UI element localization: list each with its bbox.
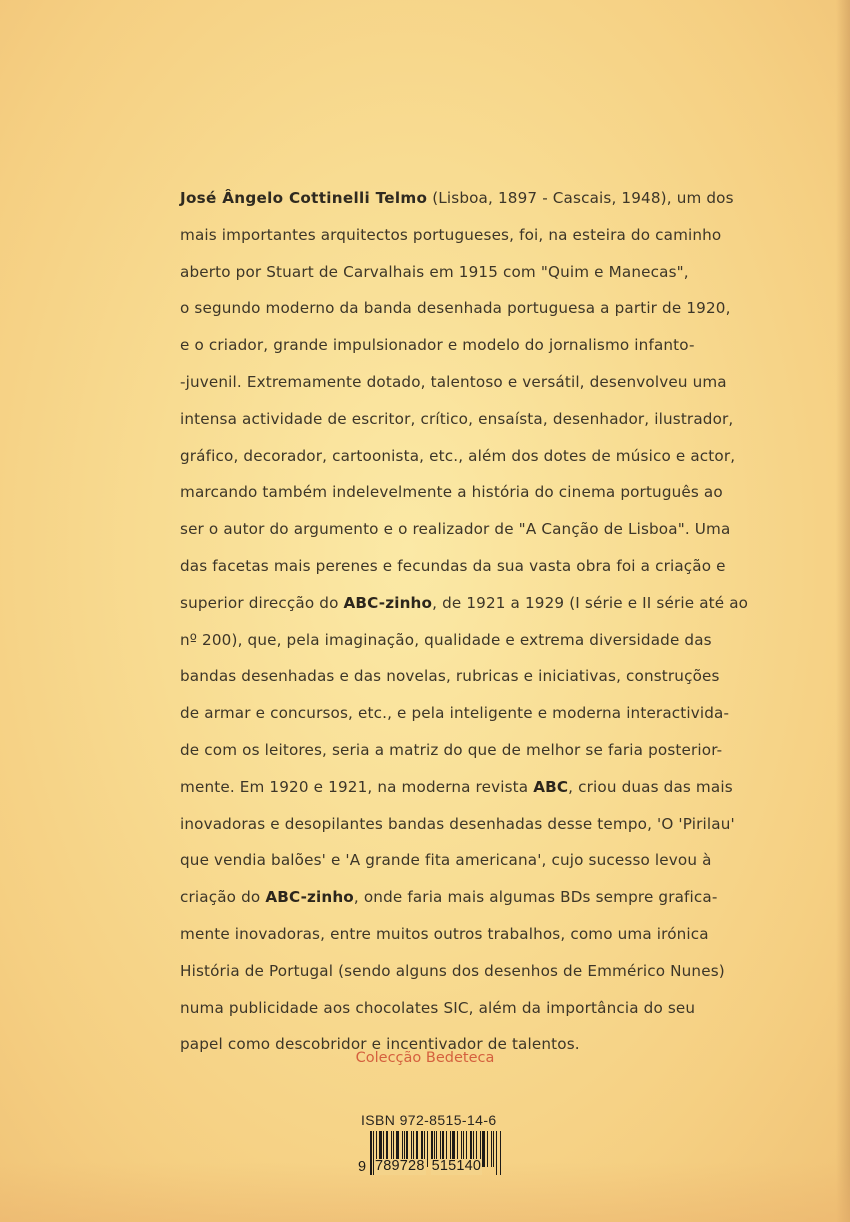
- barcode-first-digit: 9: [358, 1159, 370, 1175]
- text-line: bandas desenhadas e das novelas, rubrica…: [180, 658, 688, 695]
- text-segment: , onde faria mais algumas BDs sempre gra…: [354, 888, 718, 906]
- text-line: aberto por Stuart de Carvalhais em 1915 …: [180, 254, 688, 291]
- text-line: ser o autor do argumento e o realizador …: [180, 511, 688, 548]
- text-segment: de com os leitores, seria a matriz do qu…: [180, 741, 722, 759]
- text-segment: superior direcção do: [180, 594, 344, 612]
- barcode-digits: 9 789728 515140: [358, 1159, 502, 1175]
- text-line: superior direcção do ABC-zinho, de 1921 …: [180, 585, 688, 622]
- text-segment: mais importantes arquitectos portugueses…: [180, 226, 721, 244]
- text-segment: numa publicidade aos chocolates SIC, alé…: [180, 999, 695, 1017]
- biography-paragraph: José Ângelo Cottinelli Telmo (Lisboa, 18…: [180, 180, 688, 1063]
- text-segment: inovadoras e desopilantes bandas desenha…: [180, 815, 735, 833]
- text-line: de com os leitores, seria a matriz do qu…: [180, 732, 688, 769]
- text-segment: bandas desenhadas e das novelas, rubrica…: [180, 667, 720, 685]
- isbn-label: ISBN 972-8515-14-6: [361, 1112, 502, 1128]
- text-line: criação do ABC-zinho, onde faria mais al…: [180, 879, 688, 916]
- text-line: e o criador, grande impulsionador e mode…: [180, 327, 688, 364]
- text-line: mente inovadoras, entre muitos outros tr…: [180, 916, 688, 953]
- text-segment: aberto por Stuart de Carvalhais em 1915 …: [180, 263, 689, 281]
- text-line: História de Portugal (sendo alguns dos d…: [180, 953, 688, 990]
- text-segment: , de 1921 a 1929 (I série e II série até…: [432, 594, 748, 612]
- text-segment: das facetas mais perenes e fecundas da s…: [180, 557, 726, 575]
- text-segment: nº 200), que, pela imaginação, qualidade…: [180, 631, 712, 649]
- collection-name: Colecção Bedeteca: [0, 1050, 850, 1066]
- text-segment: marcando também indelevelmente a históri…: [180, 483, 723, 501]
- text-line: intensa actividade de escritor, crítico,…: [180, 401, 688, 438]
- text-line: que vendia balões' e 'A grande fita amer…: [180, 842, 688, 879]
- text-line: numa publicidade aos chocolates SIC, alé…: [180, 990, 688, 1027]
- isbn-block: ISBN 972-8515-14-6 9 789728 515140: [358, 1112, 502, 1171]
- text-segment: intensa actividade de escritor, crítico,…: [180, 410, 733, 428]
- text-segment: ser o autor do argumento e o realizador …: [180, 520, 730, 538]
- text-line: marcando também indelevelmente a históri…: [180, 474, 688, 511]
- page-edge-shadow: [836, 0, 850, 1222]
- text-line: mais importantes arquitectos portugueses…: [180, 217, 688, 254]
- text-line: -juvenil. Extremamente dotado, talentoso…: [180, 364, 688, 401]
- emphasis-title: ABC-zinho: [344, 594, 433, 612]
- emphasis-title: ABC-zinho: [265, 888, 354, 906]
- barcode: 9 789728 515140: [358, 1131, 502, 1171]
- text-segment: e o criador, grande impulsionador e mode…: [180, 336, 695, 354]
- text-segment: de armar e concursos, etc., e pela intel…: [180, 704, 729, 722]
- text-segment: , criou duas das mais: [568, 778, 733, 796]
- text-line: das facetas mais perenes e fecundas da s…: [180, 548, 688, 585]
- text-segment: História de Portugal (sendo alguns dos d…: [180, 962, 725, 980]
- text-segment: o segundo moderno da banda desenhada por…: [180, 299, 731, 317]
- text-segment: mente inovadoras, entre muitos outros tr…: [180, 925, 709, 943]
- author-name: José Ângelo Cottinelli Telmo: [180, 189, 427, 207]
- text-segment: mente. Em 1920 e 1921, na moderna revist…: [180, 778, 533, 796]
- text-line: gráfico, decorador, cartoonista, etc., a…: [180, 438, 688, 475]
- text-line: nº 200), que, pela imaginação, qualidade…: [180, 622, 688, 659]
- text-segment: -juvenil. Extremamente dotado, talentoso…: [180, 373, 727, 391]
- text-line: mente. Em 1920 e 1921, na moderna revist…: [180, 769, 688, 806]
- text-segment: gráfico, decorador, cartoonista, etc., a…: [180, 447, 735, 465]
- barcode-digit-group-2: 515140: [431, 1159, 483, 1175]
- text-line: o segundo moderno da banda desenhada por…: [180, 290, 688, 327]
- text-segment: criação do: [180, 888, 265, 906]
- text-segment: que vendia balões' e 'A grande fita amer…: [180, 851, 712, 869]
- text-line: José Ângelo Cottinelli Telmo (Lisboa, 18…: [180, 180, 688, 217]
- text-segment: (Lisboa, 1897 - Cascais, 1948), um dos: [427, 189, 733, 207]
- emphasis-title: ABC: [533, 778, 568, 796]
- text-line: inovadoras e desopilantes bandas desenha…: [180, 806, 688, 843]
- text-line: de armar e concursos, etc., e pela intel…: [180, 695, 688, 732]
- barcode-digit-group-1: 789728: [374, 1159, 426, 1175]
